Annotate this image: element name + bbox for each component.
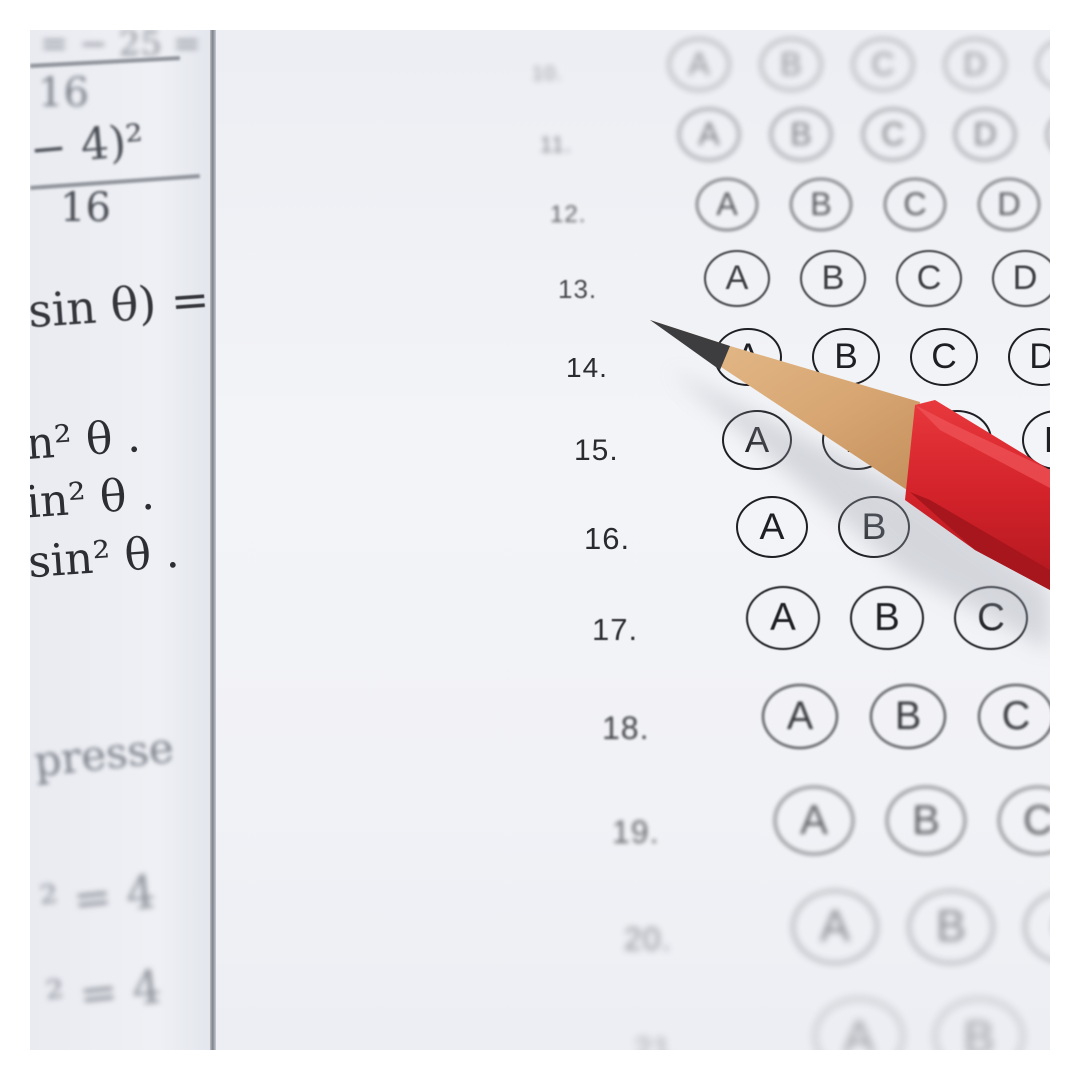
answer-bubble-b[interactable]: B [850,586,924,650]
answer-bubble-a[interactable]: A [678,108,740,161]
answer-bubble-b[interactable]: B [822,410,892,470]
answer-bubble-a[interactable]: A [696,178,758,231]
answer-bubble-a[interactable]: A [714,328,782,386]
answer-row: 18.ABC [216,684,1050,754]
answer-bubble-c[interactable]: C [1024,890,1050,964]
answer-bubble-d[interactable]: D [1022,410,1050,470]
answer-bubble-b[interactable]: B [812,328,880,386]
answer-bubble-c[interactable]: C [884,178,946,231]
answer-row: 19.ABC [216,786,1050,856]
answer-bubble-c[interactable]: C [852,38,914,91]
answer-bubble-a[interactable]: A [774,786,854,855]
answer-bubble-a[interactable]: A [722,410,792,470]
answer-bubble-b[interactable]: B [870,684,946,749]
photo: = − 25 = 16 − 4)² 16 sin θ) = n² θ . in²… [30,30,1050,1050]
answer-bubble-e[interactable]: E [1046,108,1050,161]
question-number: 14. [566,352,608,384]
math-line: presse [32,723,176,786]
math-line: − 4)² [30,115,146,176]
answer-row: 15.ABCD [216,410,1050,480]
question-number: 21. [634,1031,681,1050]
fraction-bar [30,174,200,190]
answer-bubble-b[interactable]: B [770,108,832,161]
math-line: ² = 4 [43,959,164,1025]
answer-bubble-d[interactable]: D [992,250,1050,307]
answer-bubble-d[interactable]: D [1008,328,1050,386]
answer-bubble-b[interactable]: B [800,250,866,307]
question-number: 20. [624,921,671,958]
answer-row: 11.ABCDE [216,108,1050,178]
answer-bubble-b[interactable]: B [760,38,822,91]
answer-row: 20.ABC [216,890,1050,960]
question-number: 16. [584,521,630,557]
answer-bubble-b[interactable]: B [908,890,994,964]
question-number: 11. [540,132,572,158]
answer-row: 14.ABCD [216,328,1050,398]
answer-bubble-b[interactable]: B [886,786,966,855]
answer-bubble-c[interactable]: C [862,108,924,161]
answer-row: 17.ABC [216,586,1050,656]
math-worksheet: = − 25 = 16 − 4)² 16 sin θ) = n² θ . in²… [30,30,212,1050]
answer-row: 12.ABCD [216,178,1050,248]
question-number: 19. [612,814,659,851]
question-number: 12. [550,201,586,229]
answer-sheet: 10.ABCDE11.ABCDE12.ABCD13.ABCD14.ABCD15.… [216,30,1050,1050]
answer-bubble-c[interactable]: C [998,786,1050,855]
question-number: 15. [574,434,619,468]
answer-row: 21.AB [216,998,1050,1050]
math-line: 16 [38,70,89,116]
answer-bubble-b[interactable]: B [838,496,910,558]
answer-bubble-a[interactable]: A [814,998,904,1050]
answer-bubble-c[interactable]: C [954,586,1028,650]
math-line: in² θ . [30,469,156,529]
question-number: 10. [532,63,563,86]
answer-bubble-c[interactable]: C [896,250,962,307]
math-line: 16 [60,185,111,231]
answer-bubble-a[interactable]: A [668,38,730,91]
answer-bubble-d[interactable]: D [954,108,1016,161]
answer-bubble-d[interactable]: D [944,38,1006,91]
answer-bubble-c[interactable]: C [910,328,978,386]
answer-bubble-a[interactable]: A [792,890,878,964]
answer-bubble-c[interactable]: C [922,410,992,470]
answer-bubble-b[interactable]: B [934,998,1024,1050]
math-line: sin² θ . [30,527,181,588]
math-line: n² θ . [30,411,142,470]
answer-row: 10.ABCDE [216,38,1050,108]
answer-bubble-a[interactable]: A [736,496,808,558]
answer-bubble-a[interactable]: A [704,250,770,307]
question-number: 18. [602,710,649,747]
answer-bubble-d[interactable]: D [978,178,1040,231]
answer-bubble-c[interactable]: C [978,684,1050,749]
question-number: 13. [558,274,597,305]
answer-row: 13.ABCD [216,250,1050,320]
answer-bubble-a[interactable]: A [746,586,820,650]
answer-bubble-a[interactable]: A [762,684,838,749]
math-line: ² = 4 [37,864,158,930]
answer-bubble-e[interactable]: E [1036,38,1050,91]
answer-bubble-b[interactable]: B [790,178,852,231]
answer-row: 16.AB [216,496,1050,566]
question-number: 17. [592,612,638,648]
math-line: sin θ) = [30,272,211,339]
